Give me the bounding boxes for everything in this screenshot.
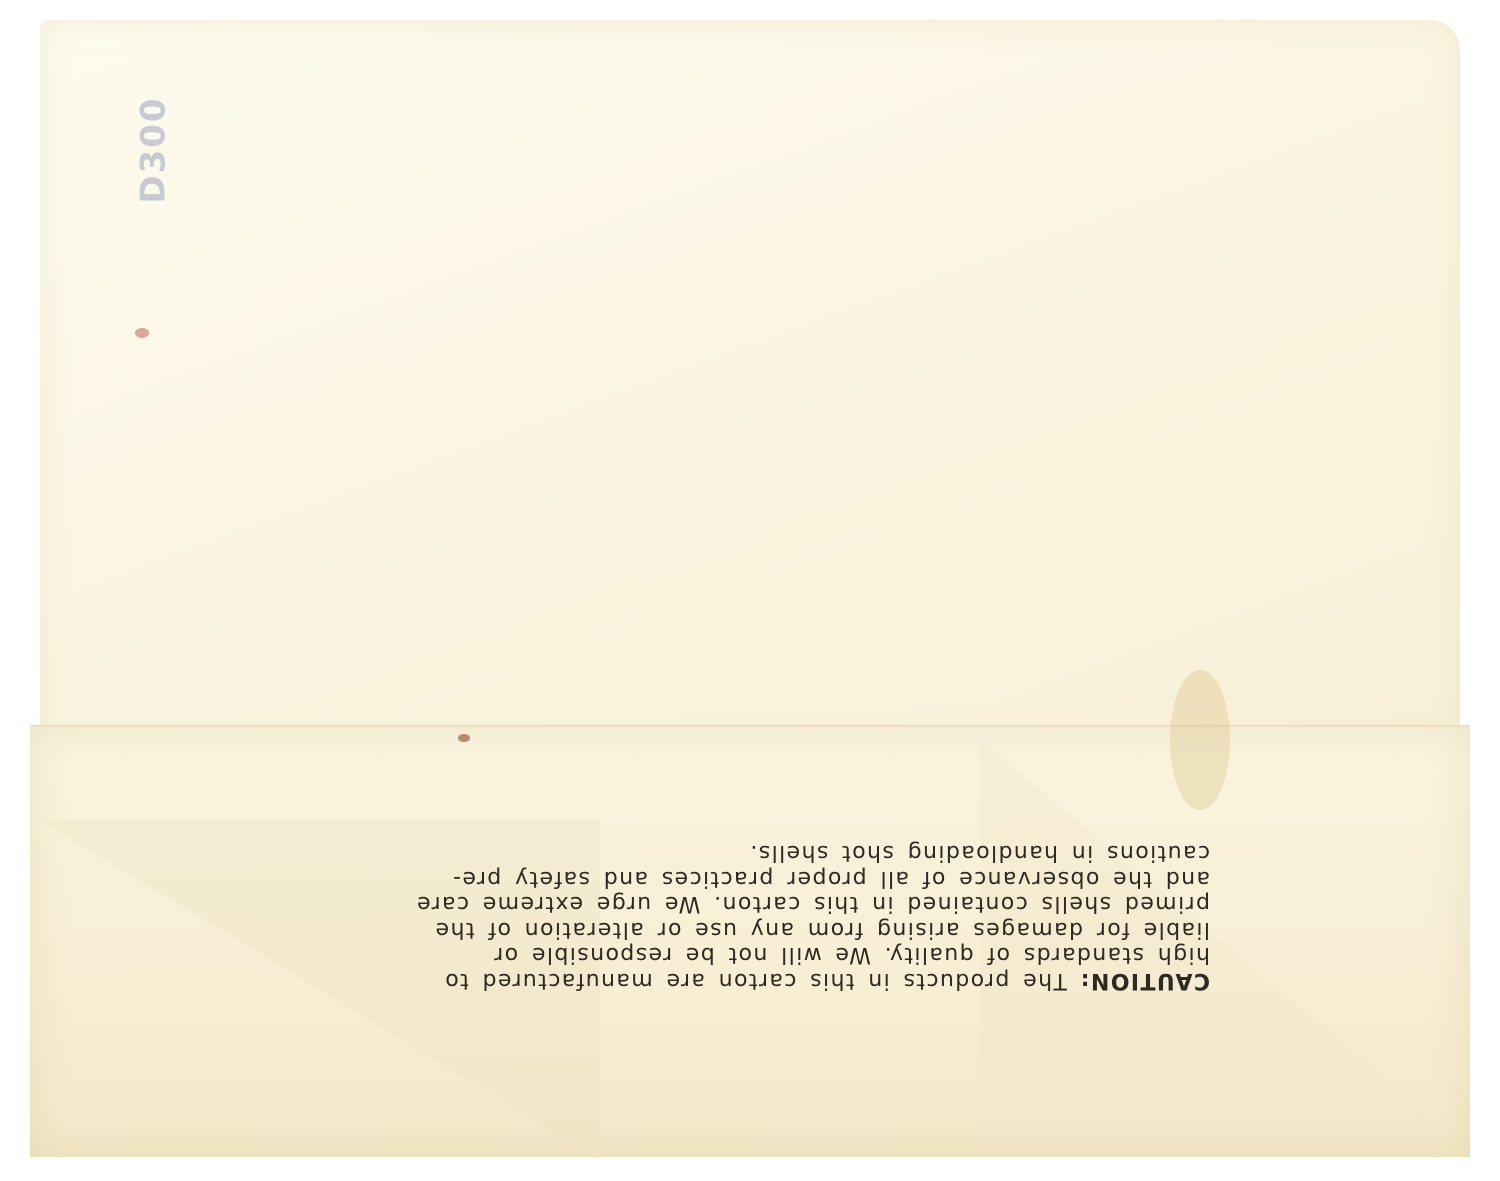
stamp-code: D300: [134, 96, 174, 203]
caution-line-2: high standards of quality. We will not b…: [330, 942, 1210, 968]
stain: [135, 328, 149, 338]
stain: [1170, 670, 1230, 810]
stain: [458, 734, 470, 742]
caution-line-6: cautions in handloading shot shells.: [330, 840, 1210, 866]
caution-line-5: and the observance of all proper practic…: [330, 866, 1210, 892]
caution-line-4: primed shells contained in this carton. …: [330, 891, 1210, 917]
caution-line-1: CAUTION: The products in this carton are…: [330, 968, 1210, 994]
carton-top: [40, 20, 1460, 740]
caution-line-3: liable for damages arising from any use …: [330, 917, 1210, 943]
caution-label: CAUTION:: [1079, 968, 1210, 993]
caution-text: CAUTION: The products in this carton are…: [330, 840, 1210, 993]
